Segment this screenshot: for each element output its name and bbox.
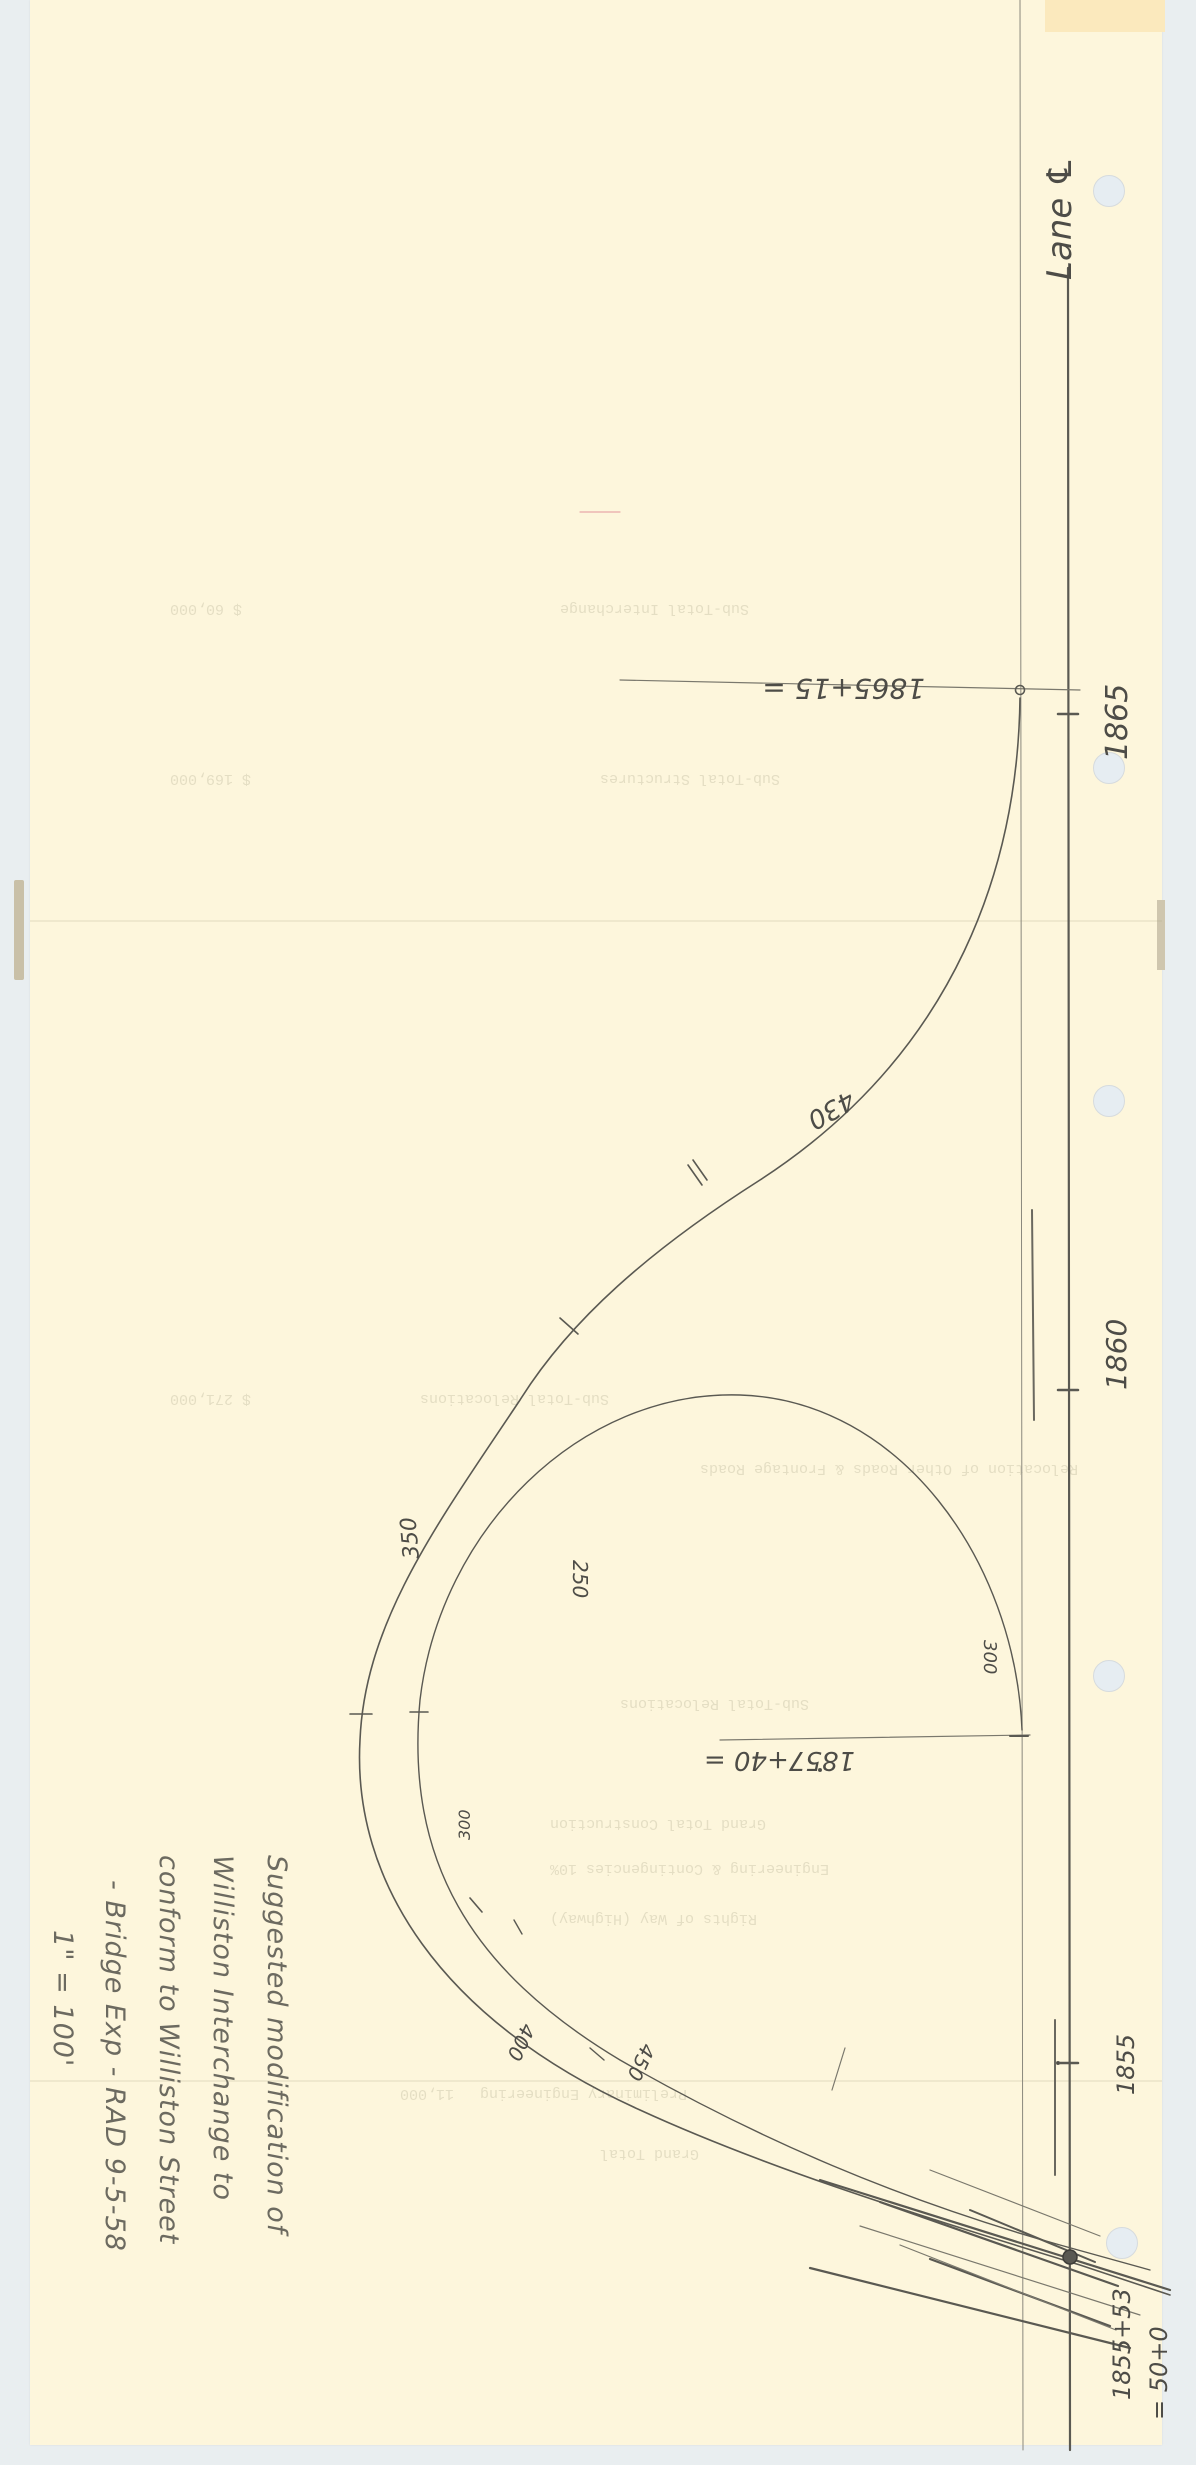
curve-radius-label: 300 [979,1640,1000,1674]
curve-radius-label: 250 [568,1560,592,1598]
station-label: 1855 [1112,2034,1140,2095]
lane-centerline [1068,268,1070,2450]
curve-radius-label: 350 [396,1516,425,1560]
right-of-way-line [1020,0,1023,2450]
station-label: 1860 [1100,1319,1133,1390]
station-label: = 50+0 [1145,2326,1173,2420]
note-line: conform to Williston Street [153,1855,184,2244]
note-line: Suggested modification of [261,1855,292,2234]
note-line: - Bridge Exp - RAD 9-5-58 [99,1880,130,2252]
curve-radius-label: 300 [455,1809,474,1840]
station-label: 1855+53 [1108,2288,1136,2400]
scale-note: 1" = 100' [47,1930,78,2067]
lane-centerline-label: Lane ℄ [1040,156,1080,280]
station-label: 1857+40 = [704,1745,855,1775]
station-label: 1865+15 = [762,672,925,705]
station-label: 1865 [1100,684,1135,760]
note-line: Williston Interchange to [207,1855,238,2201]
